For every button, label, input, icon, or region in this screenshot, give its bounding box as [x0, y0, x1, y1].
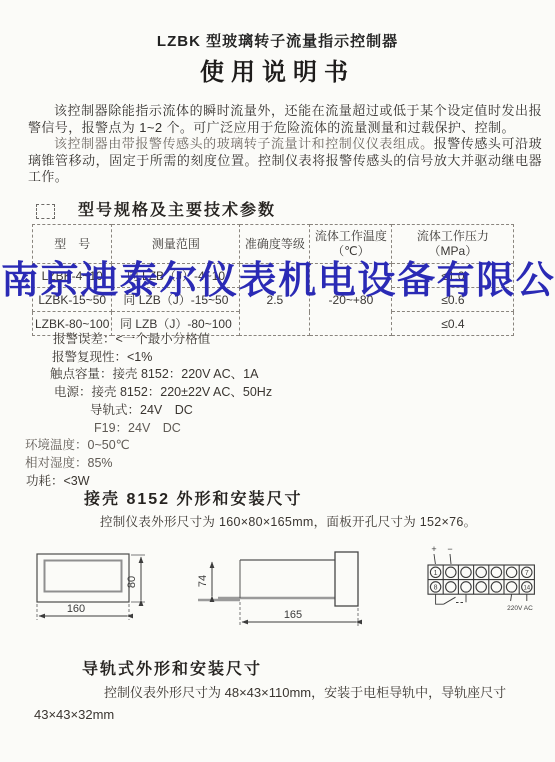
side-height-dimension: 74	[197, 562, 212, 596]
relay-contact-wiring	[436, 594, 466, 604]
intro-paragraph-2-lead: 该控制器由带报警传感头的玻璃转子流量计和控制仪仪表组成。	[54, 136, 434, 151]
front-width-label: 160	[67, 603, 85, 615]
manual-page: LZBK 型玻璃转子流量指示控制器 使用说明书 该控制器除能指示流体的瞬时流量外…	[0, 0, 555, 762]
rail-note-line2: 43×43×32mm	[34, 707, 114, 722]
side-view-outline	[198, 552, 358, 606]
spec-line-rail-power: 导轨式：24V DC	[90, 402, 272, 420]
col-header-temperature: 流体工作温度 （℃）	[310, 225, 392, 264]
terminal-number-8: 8	[434, 585, 438, 592]
spec-list: 报警误差：<一个最小分格值 报警复现性：<1% 触点容量：接壳 8152：220…	[50, 331, 272, 490]
section-heading-specs: 型号规格及主要技术参数	[78, 197, 276, 220]
terminal-number-7: 7	[525, 570, 529, 577]
spec-line-repeatability: 报警复现性：<1%	[52, 349, 272, 367]
col-header-accuracy: 准确度等级	[240, 225, 310, 264]
spec-line-power: 电源：接壳 8152：220±22V AC、50Hz	[54, 384, 272, 402]
terminal-block-drawing: 1 7 8 14 + − 220V AC	[422, 541, 552, 621]
intro-paragraph-1: 该控制器除能指示流体的瞬时流量外，还能在流量超过或低于某个设定值时发出报警信号，…	[28, 103, 542, 136]
col-header-pressure: 流体工作压力 （MPa）	[392, 225, 514, 264]
col-header-model: 型 号	[33, 225, 112, 264]
side-depth-label: 165	[284, 609, 302, 621]
rail-note-line1: 控制仪表外形尺寸为 48×43×110mm，安装于电柜导轨中，导轨座尺寸	[34, 682, 520, 704]
polarity-marks: + −	[431, 544, 452, 564]
spec-line-ambient-temp: 环境温度：0~50℃	[25, 437, 272, 455]
rail-dimension-note: 控制仪表外形尺寸为 48×43×110mm，安装于电柜导轨中，导轨座尺寸 43×…	[34, 682, 520, 726]
shell-dimension-note: 控制仪表外形尺寸为 160×80×165mm，面板开孔尺寸为 152×76。	[100, 512, 476, 530]
col-header-temperature-unit: （℃）	[312, 244, 389, 259]
terminal-grid	[428, 565, 534, 594]
power-leads: 220V AC	[507, 594, 533, 612]
col-header-pressure-line1: 流体工作压力	[394, 229, 511, 244]
spec-line-f19-power: F19：24V DC	[94, 420, 272, 438]
side-height-label: 74	[197, 575, 209, 587]
company-watermark: 南京迪泰尔仪表机电设备有限公司	[1, 261, 555, 301]
spec-table-header-row: 型 号 测量范围 准确度等级 流体工作温度 （℃） 流体工作压力 （MPa）	[33, 225, 514, 264]
plus-mark: +	[431, 544, 436, 554]
col-header-temperature-line1: 流体工作温度	[312, 229, 389, 244]
front-view-drawing: 160 80	[28, 547, 153, 631]
cell-pressure-3: ≤0.4	[392, 312, 514, 336]
terminal-number-14: 14	[523, 586, 530, 592]
page-subtitle: 使用说明书	[0, 52, 555, 87]
intro-paragraph-2: 该控制器由带报警传感头的玻璃转子流量计和控制仪仪表组成。报警传感头可沿玻璃锥管移…	[28, 136, 542, 186]
spec-line-contact-rating: 触点容量：接壳 8152：220V AC、1A	[50, 366, 272, 384]
front-view-outline	[37, 554, 129, 602]
minus-mark: −	[447, 544, 452, 554]
spec-line-humidity: 相对湿度：85%	[25, 455, 272, 473]
col-header-range: 测量范围	[112, 225, 240, 264]
front-width-dimension: 160	[37, 603, 129, 620]
page-title: LZBK 型玻璃转子流量指示控制器	[0, 30, 555, 51]
col-header-pressure-unit: （MPa）	[394, 244, 511, 259]
power-voltage-label: 220V AC	[507, 605, 533, 612]
spec-line-alarm-error: 报警误差：<一个最小分格值	[53, 331, 272, 349]
side-view-drawing: 74 165	[198, 543, 368, 638]
terminal-number-1: 1	[434, 570, 438, 577]
intro-paragraphs: 该控制器除能指示流体的瞬时流量外，还能在流量超过或低于某个设定值时发出报警信号，…	[28, 103, 542, 186]
section-checkbox-icon	[36, 204, 55, 219]
section-heading-rail: 导轨式外形和安装尺寸	[82, 656, 262, 679]
section-heading-shell-8152: 接壳 8152 外形和安装尺寸	[84, 486, 303, 509]
front-height-label: 80	[126, 576, 138, 588]
